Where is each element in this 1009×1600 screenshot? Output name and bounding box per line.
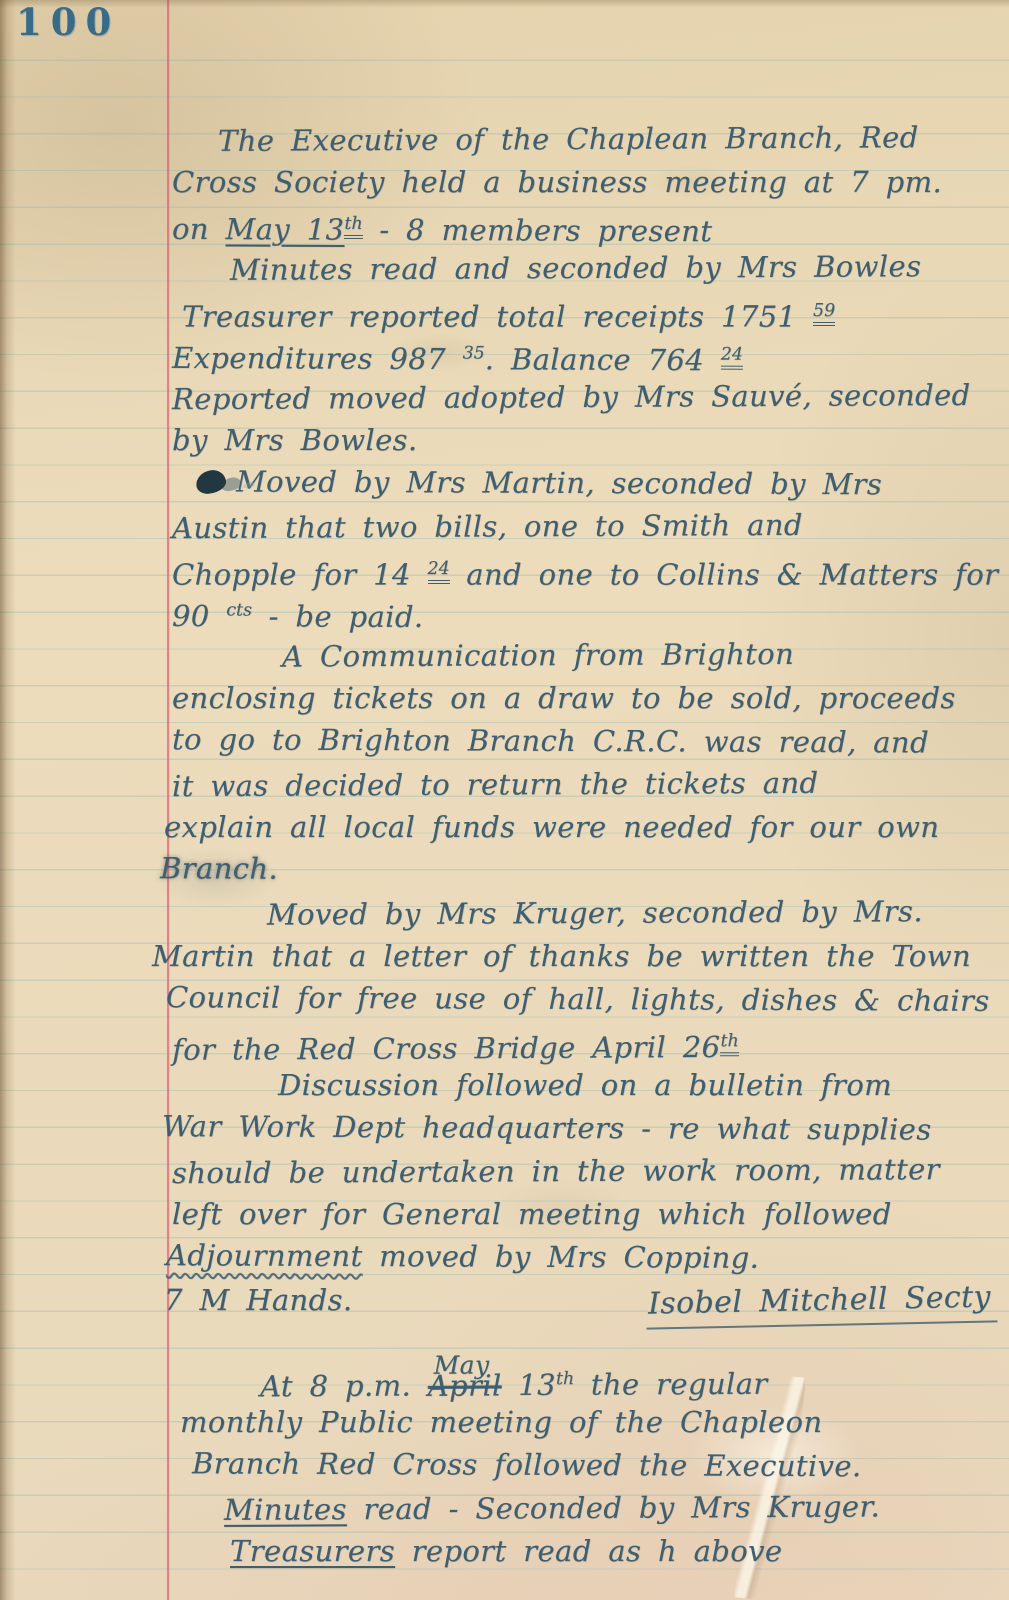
minutes-line: Branch. [160, 847, 997, 894]
minutes-line: Expenditures 987 35. Balance 764 24 [172, 331, 997, 378]
ink-blot [195, 468, 228, 495]
minutes-line: Discussion followed on a bulletin from [172, 1064, 997, 1107]
executive-meeting-entry: The Executive of the Chaplean Branch, Re… [172, 118, 997, 1322]
minutes-line: At 8 p.m. AprilMay 13th the regular [172, 1356, 997, 1403]
minutes-line: monthly Public meeting of the Chapleon [172, 1401, 997, 1444]
date-correction: AprilMay [428, 1368, 502, 1402]
minutes-line: Chopple for 14 24 and one to Collins & M… [172, 548, 997, 591]
closing-signature-row: 7 M Hands. Isobel Mitchell Secty [172, 1279, 997, 1322]
minutes-line: should be undertaken in the work room, m… [172, 1148, 997, 1195]
page-binding-edge [0, 0, 16, 1600]
minutes-line: A Communication from Brighton [172, 632, 997, 679]
minutes-line: Moved by Mrs Martin, seconded by Mrs [172, 460, 997, 507]
minutes-line: Minutes read - Seconded by Mrs Kruger. [172, 1485, 997, 1532]
secretary-signature: Isobel Mitchell Secty [646, 1275, 998, 1329]
minutes-line: Minutes read and seconded by Mrs Bowles [172, 245, 997, 292]
minutes-line: Treasurers report read as h above [172, 1530, 997, 1573]
minutes-line: Moved by Mrs Kruger, seconded by Mrs. [172, 890, 997, 937]
minutes-line: Martin that a letter of thanks be writte… [152, 935, 997, 978]
minutes-line: The Executive of the Chaplean Branch, Re… [172, 116, 997, 163]
page-number-stamp: 100 [16, 0, 120, 44]
page-top-edge [0, 0, 1009, 8]
minutes-line: War Work Dept headquarters - re what sup… [162, 1105, 997, 1152]
minutes-line: Branch Red Cross followed the Executive. [172, 1442, 997, 1489]
minutes-line: left over for General meeting which foll… [172, 1193, 997, 1236]
minute-book-page: { "page": { "number": "100" }, "colors":… [0, 0, 1009, 1600]
inserted-month: May [434, 1343, 490, 1386]
closing-left-note: 7 M Hands. [164, 1279, 353, 1322]
minutes-line: on May 13th - 8 members present [172, 202, 997, 249]
handwriting-block: The Executive of the Chaplean Branch, Re… [172, 118, 997, 1573]
minutes-line: to go to Brighton Branch C.R.C. was read… [172, 718, 997, 765]
minutes-line: Cross Society held a business meeting at… [172, 161, 997, 204]
minutes-line: by Mrs Bowles. [172, 419, 997, 462]
minutes-line: Reported moved adopted by Mrs Sauvé, sec… [172, 374, 997, 421]
public-meeting-entry: At 8 p.m. AprilMay 13th the regular mont… [172, 1358, 997, 1573]
minutes-line: for the Red Cross Bridge April 26th [172, 1019, 997, 1066]
minutes-line: 90 cts - be paid. [172, 589, 997, 636]
minutes-line: Adjournment moved by Mrs Copping. [166, 1234, 997, 1281]
minutes-line: Austin that two bills, one to Smith and [172, 503, 997, 550]
minutes-line: enclosing tickets on a draw to be sold, … [172, 677, 997, 720]
margin-line [167, 0, 169, 1600]
minutes-line: Treasurer reported total receipts 1751 5… [172, 290, 997, 333]
minutes-line: explain all local funds were needed for … [164, 806, 997, 849]
minutes-line: Council for free use of hall, lights, di… [166, 976, 997, 1023]
minutes-line: it was decided to return the tickets and [172, 761, 997, 808]
